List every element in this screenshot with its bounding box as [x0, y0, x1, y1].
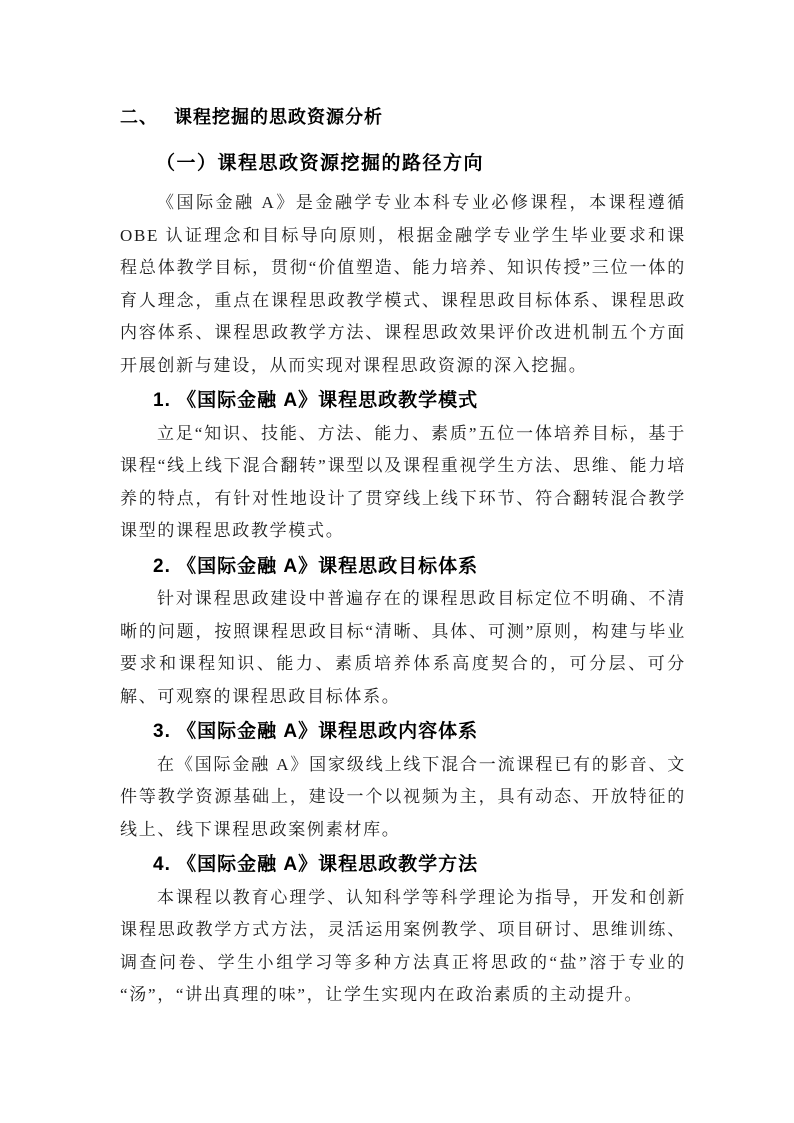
section-paragraph-1: 立足“知识、技能、方法、能力、素质”五位一体培养目标，基于课程“线上线下混合翻转… — [120, 418, 686, 548]
document-content: 二、课程挖掘的思政资源分析 （一）课程思政资源挖掘的路径方向 《国际金融 A》是… — [120, 104, 686, 1012]
numbered-heading-3: 3. 《国际金融 A》课程思政内容体系 — [120, 716, 686, 749]
numbered-heading-4: 4. 《国际金融 A》课程思政教学方法 — [120, 849, 686, 882]
section-heading: 二、课程挖掘的思政资源分析 — [120, 104, 686, 130]
section-paragraph-3: 在《国际金融 A》国家级线上线下混合一流课程已有的影音、文件等教学资源基础上，建… — [120, 749, 686, 847]
numbered-heading-1: 1. 《国际金融 A》课程思政教学模式 — [120, 385, 686, 418]
section-heading-title: 课程挖掘的思政资源分析 — [174, 107, 383, 127]
section-heading-number: 二、 — [120, 104, 158, 130]
numbered-heading-2: 2. 《国际金融 A》课程思政目标体系 — [120, 551, 686, 584]
section-paragraph-2: 针对课程思政建设中普遍存在的课程思政目标定位不明确、不清晰的问题，按照课程思政目… — [120, 583, 686, 713]
section-paragraph-4: 本课程以教育心理学、认知科学等科学理论为指导，开发和创新课程思政教学方式方法，灵… — [120, 882, 686, 1012]
document-page: 二、课程挖掘的思政资源分析 （一）课程思政资源挖掘的路径方向 《国际金融 A》是… — [0, 0, 794, 1123]
intro-paragraph: 《国际金融 A》是金融学专业本科专业必修课程，本课程遵循 OBE 认证理念和目标… — [120, 187, 686, 382]
subsection-heading: （一）课程思政资源挖掘的路径方向 — [120, 150, 686, 178]
